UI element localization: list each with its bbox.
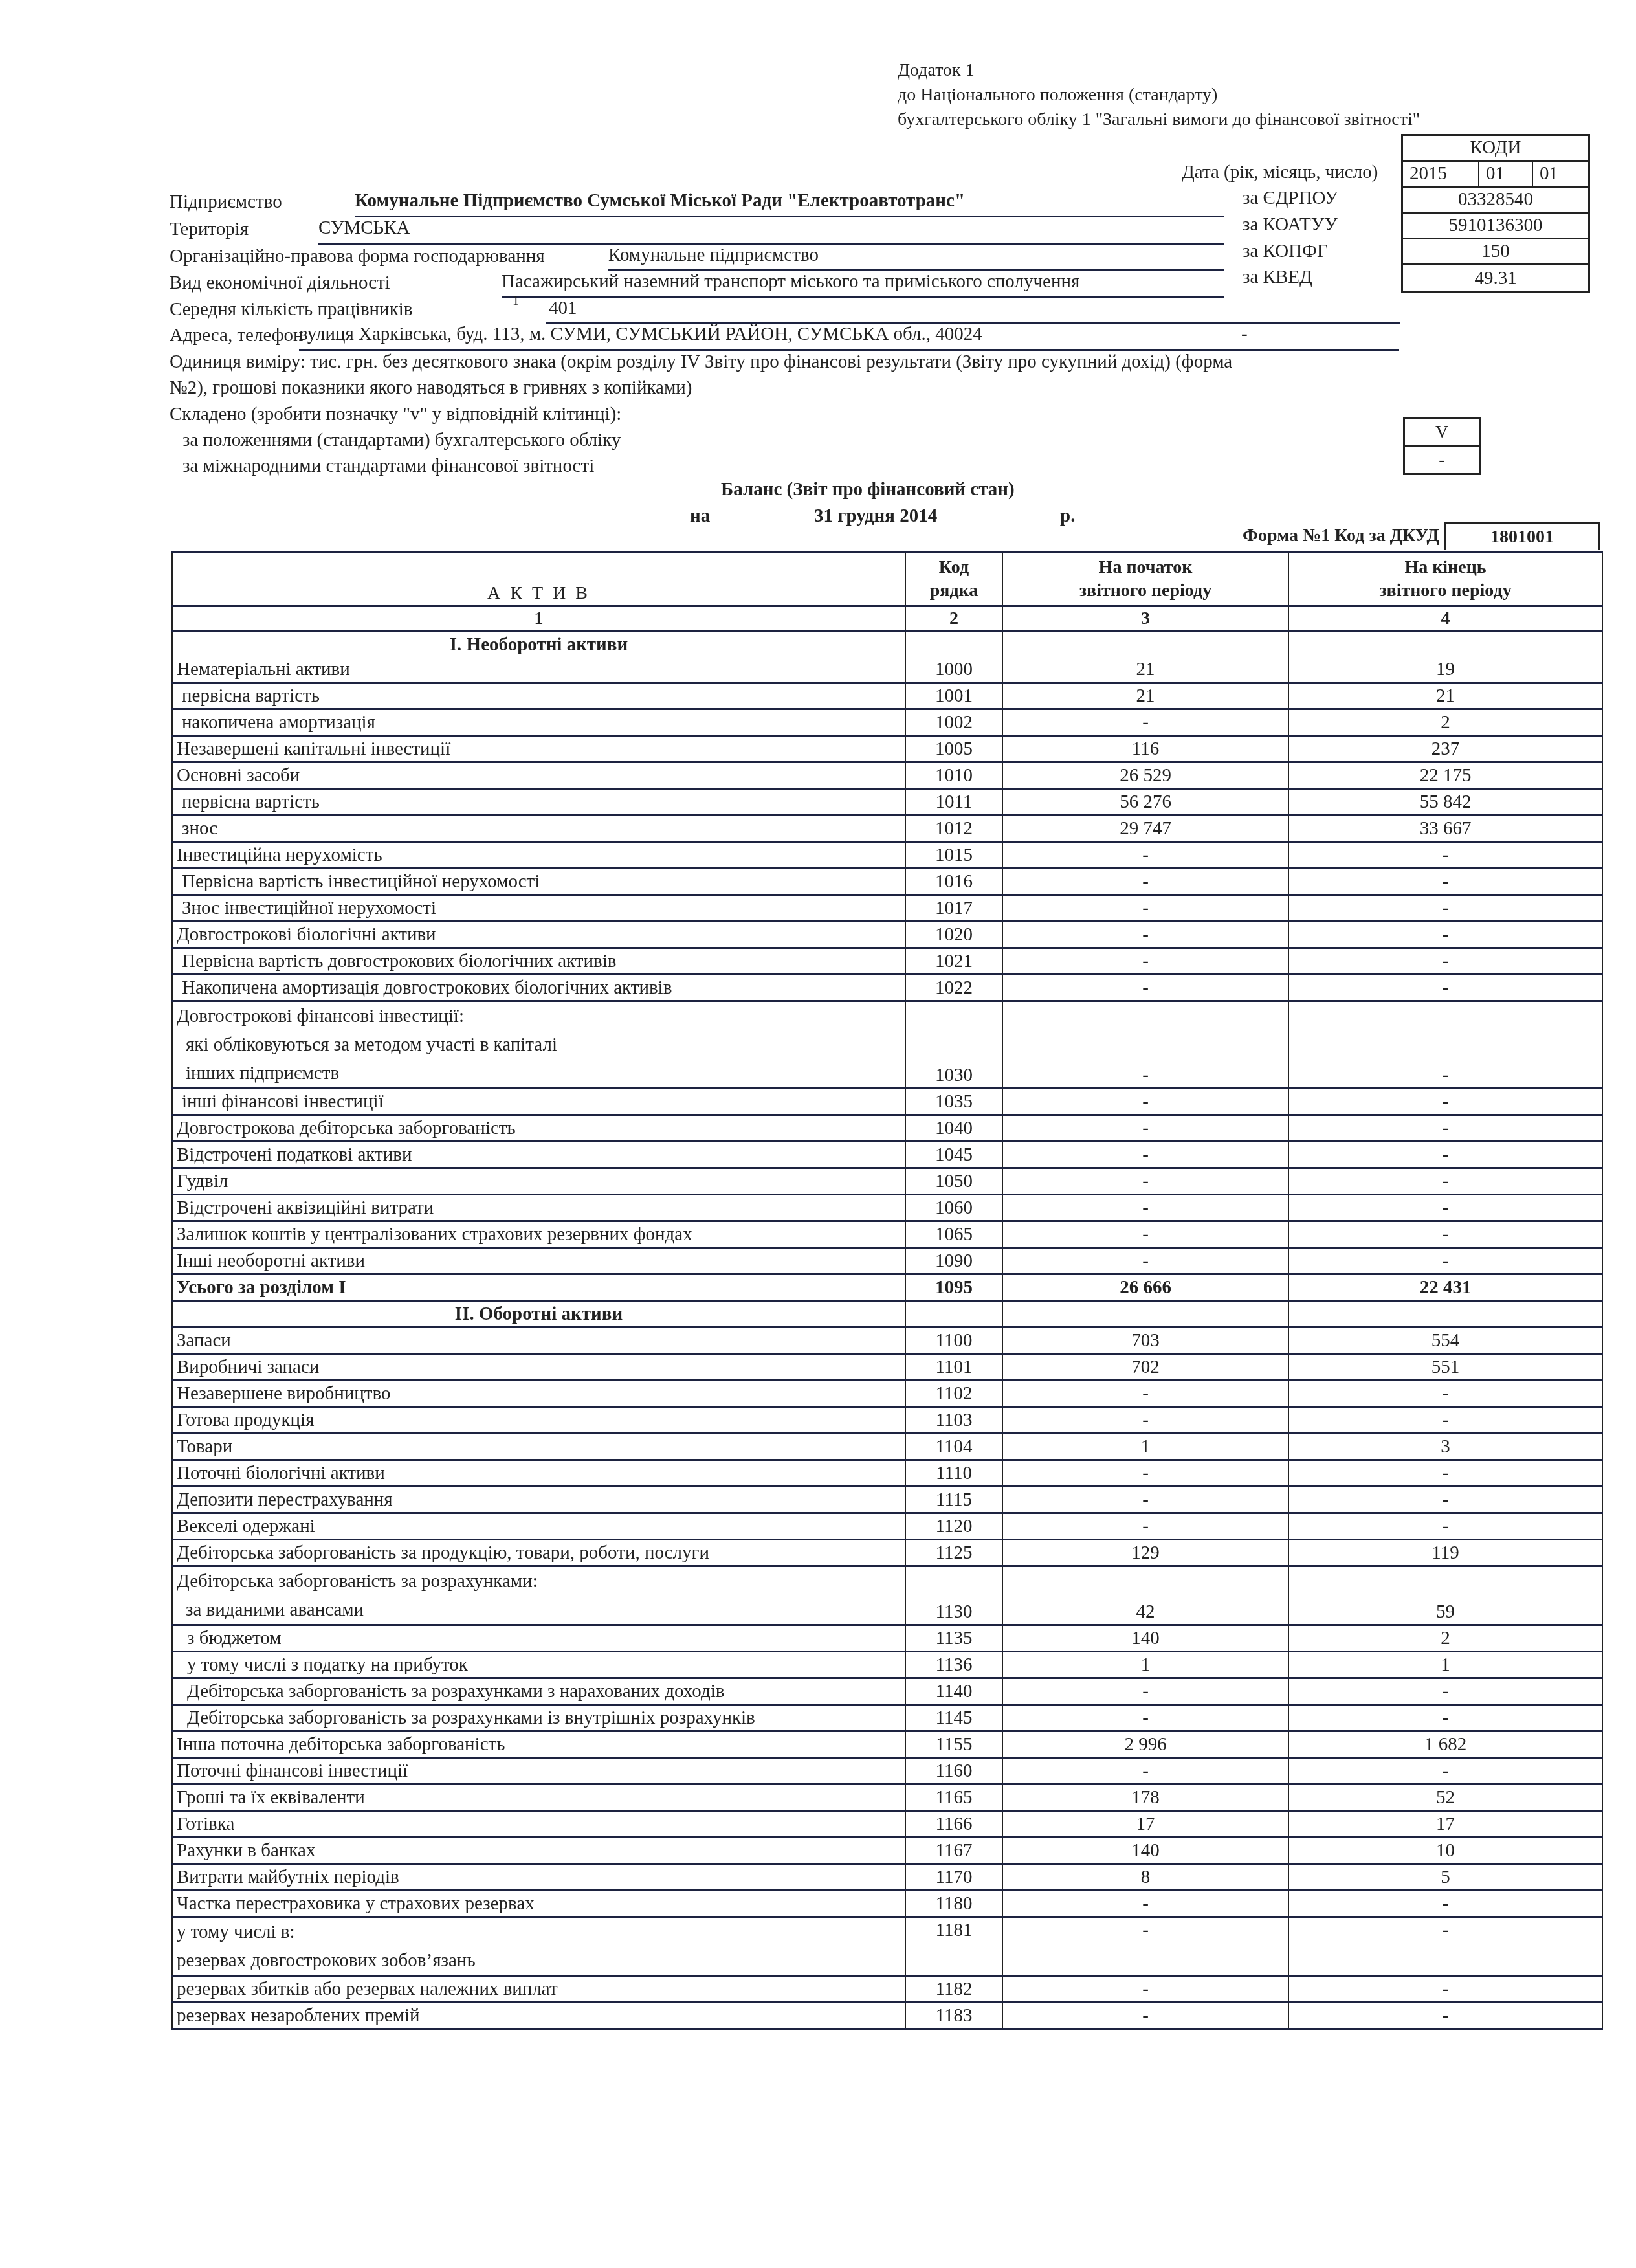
row-code: 1001 — [905, 683, 1002, 709]
section-1-heading: I. Необоротні активи — [172, 632, 1602, 658]
row-label: Накопичена амортизація довгострокових бі… — [172, 975, 905, 1001]
col-number-4: 4 — [1288, 606, 1602, 632]
row-label: Знос інвестиційної нерухомості — [172, 895, 905, 922]
row-start-value: 703 — [1002, 1328, 1288, 1354]
edrpou-label: за ЄДРПОУ — [1243, 188, 1338, 209]
row-label: первісна вартість — [172, 789, 905, 816]
row-end-value: - — [1288, 1248, 1602, 1274]
table-row: Виробничі запаси1101702551 — [172, 1354, 1602, 1381]
row-end-value: 2 — [1288, 1625, 1602, 1652]
row-code: 1102 — [905, 1381, 1002, 1407]
row-start-value: - — [1002, 1001, 1288, 1089]
date-year: 2015 — [1403, 162, 1479, 186]
row-end-value: 5 — [1288, 1864, 1602, 1891]
table-row: Інвестиційна нерухомість1015-- — [172, 842, 1602, 869]
row-end-value: - — [1288, 1705, 1602, 1731]
row-start-value: - — [1002, 948, 1288, 975]
units-line2: №2), грошові показники якого наводяться … — [170, 377, 692, 399]
row-label: Векселі одержані — [172, 1513, 905, 1540]
table-row: резервах збитків або резервах належних в… — [172, 1976, 1602, 2003]
table-row: Первісна вартість довгострокових біологі… — [172, 948, 1602, 975]
row-code: 1120 — [905, 1513, 1002, 1540]
row-start-value: - — [1002, 2003, 1288, 2029]
units-line1: Одиниця виміру: тис. грн. без десятковог… — [170, 351, 1232, 373]
table-row: резервах незароблених премій1183-- — [172, 2003, 1602, 2029]
row-label: Інша поточна дебіторська заборгованість — [172, 1731, 905, 1758]
table-row: Частка перестраховика у страхових резерв… — [172, 1891, 1602, 1917]
empty-cell — [1002, 632, 1288, 658]
row-start-value: - — [1002, 895, 1288, 922]
form-code-label: Форма №1 Код за ДКУД — [1243, 526, 1439, 546]
date-month: 01 — [1479, 162, 1533, 186]
row-code: 1100 — [905, 1328, 1002, 1354]
row-start-value: 1 — [1002, 1434, 1288, 1460]
table-row: Відстрочені податкові активи1045-- — [172, 1142, 1602, 1168]
table-row: Накопичена амортизація довгострокових бі… — [172, 975, 1602, 1001]
enterprise-name: Комунальне Підприємство Сумської Міської… — [355, 190, 965, 212]
compiled-label: Складено (зробити позначку "v" у відпові… — [170, 404, 621, 425]
row-code: 1010 — [905, 762, 1002, 789]
col-number-3: 3 — [1002, 606, 1288, 632]
row-start-value: 129 — [1002, 1540, 1288, 1566]
table-row: Поточні фінансові інвестиції1160-- — [172, 1758, 1602, 1784]
table-row: з бюджетом11351402 — [172, 1625, 1602, 1652]
header-assets: А К Т И В — [172, 553, 905, 606]
row-start-value: 42 — [1002, 1566, 1288, 1625]
row-label: Дебіторська заборгованість за розрахунка… — [172, 1678, 905, 1705]
row-end-value: - — [1288, 975, 1602, 1001]
row-label: Готівка — [172, 1811, 905, 1838]
row-end-value: - — [1288, 1089, 1602, 1115]
row-start-value: 21 — [1002, 683, 1288, 709]
row-end-value: 22 175 — [1288, 762, 1602, 789]
row-code: 1065 — [905, 1221, 1002, 1248]
row-end-value: 52 — [1288, 1784, 1602, 1811]
table-row: Депозити перестрахування1115-- — [172, 1487, 1602, 1513]
section-2-heading: II. Оборотні активи — [172, 1301, 1602, 1328]
row-label: Відстрочені податкові активи — [172, 1142, 905, 1168]
report-date: 31 грудня 2014 — [814, 506, 937, 527]
row-label: Довгострокові фінансові інвестиції:які о… — [172, 1001, 905, 1089]
row-label: Відстрочені аквізиційні витрати — [172, 1195, 905, 1221]
row-end-value: 33 667 — [1288, 816, 1602, 842]
activity-underline — [502, 296, 1224, 298]
row-label: Основні засоби — [172, 762, 905, 789]
territory-label: Територія — [170, 219, 249, 240]
row-code: 1040 — [905, 1115, 1002, 1142]
row-start-value: - — [1002, 1381, 1288, 1407]
row-code: 1022 — [905, 975, 1002, 1001]
row-end-value: 551 — [1288, 1354, 1602, 1381]
row-end-value: - — [1288, 1513, 1602, 1540]
row-code: 1135 — [905, 1625, 1002, 1652]
row-code: 1136 — [905, 1652, 1002, 1678]
row-start-value: 178 — [1002, 1784, 1288, 1811]
row-code: 1145 — [905, 1705, 1002, 1731]
table-row: Основні засоби101026 52922 175 — [172, 762, 1602, 789]
row-start-value: - — [1002, 1513, 1288, 1540]
row-label-line: які обліковуються за методом участі в ка… — [177, 1030, 901, 1059]
row-label: Поточні біологічні активи — [172, 1460, 905, 1487]
row-start-value: - — [1002, 709, 1288, 736]
row-label-line: інших підприємств — [177, 1059, 901, 1087]
kopfg-label: за КОПФГ — [1243, 241, 1328, 262]
row-start-value: - — [1002, 1195, 1288, 1221]
row-code: 1165 — [905, 1784, 1002, 1811]
addendum-note: Додаток 1 до Національного положення (ст… — [898, 58, 1420, 132]
row-end-value: 237 — [1288, 736, 1602, 762]
row-start-value: 26 666 — [1002, 1274, 1288, 1301]
row-code: 1180 — [905, 1891, 1002, 1917]
table-row: Незавершене виробництво1102-- — [172, 1381, 1602, 1407]
employees-label: Середня кількість працівників — [170, 299, 412, 320]
table-row: Незавершені капітальні інвестиції1005116… — [172, 736, 1602, 762]
row-label: Інші необоротні активи — [172, 1248, 905, 1274]
row-code: 1050 — [905, 1168, 1002, 1195]
row-label-line: резервах довгострокових зобов’язань — [177, 1946, 901, 1975]
table-row: Довгострокові фінансові інвестиції:які о… — [172, 1001, 1602, 1089]
row-code: 1130 — [905, 1566, 1002, 1625]
row-label: Дебіторська заборгованість за розрахунка… — [172, 1705, 905, 1731]
row-end-value: 3 — [1288, 1434, 1602, 1460]
compiled-option1-checkbox[interactable]: V — [1405, 419, 1479, 447]
row-label: Первісна вартість інвестиційної нерухомо… — [172, 869, 905, 895]
row-label: Гудвіл — [172, 1168, 905, 1195]
legal-form-value: Комунальне підприємство — [608, 245, 819, 266]
row-code: 1140 — [905, 1678, 1002, 1705]
row-code: 1021 — [905, 948, 1002, 975]
row-label: Готова продукція — [172, 1407, 905, 1434]
table-row: Знос інвестиційної нерухомості1017-- — [172, 895, 1602, 922]
row-end-value: 10 — [1288, 1838, 1602, 1864]
row-label-line: Довгострокові фінансові інвестиції: — [177, 1002, 901, 1030]
date-day: 01 — [1533, 162, 1588, 186]
row-start-value: - — [1002, 1248, 1288, 1274]
row-end-value: - — [1288, 1917, 1602, 1976]
row-end-value: - — [1288, 1678, 1602, 1705]
row-label: Депозити перестрахування — [172, 1487, 905, 1513]
row-label: Довгострокова дебіторська заборгованість — [172, 1115, 905, 1142]
row-end-value: 2 — [1288, 709, 1602, 736]
row-end-value: - — [1288, 1407, 1602, 1434]
table-row: первісна вартість101156 27655 842 — [172, 789, 1602, 816]
row-code: 1110 — [905, 1460, 1002, 1487]
row-code: 1000 — [905, 657, 1002, 683]
row-start-value: - — [1002, 1168, 1288, 1195]
table-row: Залишок коштів у централізованих страхов… — [172, 1221, 1602, 1248]
row-label: первісна вартість — [172, 683, 905, 709]
table-row: Первісна вартість інвестиційної нерухомо… — [172, 869, 1602, 895]
report-title: Баланс (Звіт про фінансовий стан) — [721, 479, 1015, 500]
empty-cell — [1288, 632, 1602, 658]
row-end-value: - — [1288, 1001, 1602, 1089]
row-end-value: - — [1288, 1142, 1602, 1168]
row-end-value: 21 — [1288, 683, 1602, 709]
balance-rows: I. Необоротні активиНематеріальні активи… — [172, 632, 1602, 2029]
row-label: Поточні фінансові інвестиції — [172, 1758, 905, 1784]
header-end-line2: звітного періоду — [1293, 579, 1598, 603]
col-number-1: 1 — [172, 606, 905, 632]
row-label: Запаси — [172, 1328, 905, 1354]
row-end-value: 22 431 — [1288, 1274, 1602, 1301]
row-code: 1170 — [905, 1864, 1002, 1891]
row-code: 1060 — [905, 1195, 1002, 1221]
header-code-line1: Код — [910, 556, 998, 579]
row-code: 1035 — [905, 1089, 1002, 1115]
row-code: 1103 — [905, 1407, 1002, 1434]
table-row: Інші необоротні активи1090-- — [172, 1248, 1602, 1274]
row-end-value: - — [1288, 869, 1602, 895]
row-label: Нематеріальні активи — [172, 657, 905, 683]
report-year-suffix: р. — [1060, 506, 1075, 527]
row-end-value: - — [1288, 948, 1602, 975]
row-end-value: - — [1288, 1221, 1602, 1248]
table-row: Усього за розділом I109526 66622 431 — [172, 1274, 1602, 1301]
table-row: Поточні біологічні активи1110-- — [172, 1460, 1602, 1487]
row-label: резервах збитків або резервах належних в… — [172, 1976, 905, 2003]
row-code: 1016 — [905, 869, 1002, 895]
table-row: Рахунки в банках116714010 — [172, 1838, 1602, 1864]
row-code: 1020 — [905, 922, 1002, 948]
row-start-value: - — [1002, 842, 1288, 869]
row-end-value: 55 842 — [1288, 789, 1602, 816]
row-code: 1155 — [905, 1731, 1002, 1758]
row-start-value: 8 — [1002, 1864, 1288, 1891]
compiled-option2-checkbox[interactable]: - — [1405, 447, 1479, 473]
row-label: резервах незароблених премій — [172, 2003, 905, 2029]
row-label: накопичена амортизація — [172, 709, 905, 736]
table-row: інші фінансові інвестиції1035-- — [172, 1089, 1602, 1115]
empty-cell — [905, 1301, 1002, 1328]
table-row: Дебіторська заборгованість за продукцію,… — [172, 1540, 1602, 1566]
row-end-value: - — [1288, 842, 1602, 869]
row-label: Довгострокові біологічні активи — [172, 922, 905, 948]
row-start-value: 56 276 — [1002, 789, 1288, 816]
row-code: 1045 — [905, 1142, 1002, 1168]
row-start-value: 140 — [1002, 1625, 1288, 1652]
row-label-line: у тому числі в: — [177, 1918, 901, 1946]
row-end-value: 1 682 — [1288, 1731, 1602, 1758]
row-start-value: - — [1002, 1407, 1288, 1434]
balance-sheet-table: А К Т И В Код рядка На початок звітного … — [171, 551, 1603, 2030]
row-start-value: - — [1002, 1089, 1288, 1115]
row-end-value: - — [1288, 1168, 1602, 1195]
header-start-line1: На початок — [1007, 556, 1284, 579]
phone-value: - — [1241, 324, 1248, 345]
employees-value: 401 — [549, 298, 577, 319]
row-start-value: - — [1002, 1705, 1288, 1731]
col-number-2: 2 — [905, 606, 1002, 632]
row-end-value: - — [1288, 1460, 1602, 1487]
address-label: Адреса, телефон — [170, 325, 303, 346]
row-code: 1125 — [905, 1540, 1002, 1566]
row-start-value: - — [1002, 1678, 1288, 1705]
empty-cell — [905, 632, 1002, 658]
row-code: 1182 — [905, 1976, 1002, 2003]
codes-box: КОДИ 2015 01 01 03328540 5910136300 150 … — [1401, 134, 1590, 293]
row-end-value: - — [1288, 1758, 1602, 1784]
table-row: знос101229 74733 667 — [172, 816, 1602, 842]
row-start-value: - — [1002, 1487, 1288, 1513]
enterprise-label: Підприємство — [170, 192, 282, 213]
table-row: Дебіторська заборгованість за розрахунка… — [172, 1566, 1602, 1625]
table-row: Відстрочені аквізиційні витрати1060-- — [172, 1195, 1602, 1221]
legal-form-label: Організаційно-правова форма господарюван… — [170, 246, 545, 267]
kved-value: 49.31 — [1403, 265, 1588, 291]
table-row: у тому числі в:резервах довгострокових з… — [172, 1917, 1602, 1976]
report-on-label: на — [690, 506, 710, 527]
row-label: Витрати майбутніх періодів — [172, 1864, 905, 1891]
table-row: первісна вартість10012121 — [172, 683, 1602, 709]
row-start-value: 1 — [1002, 1652, 1288, 1678]
row-code: 1090 — [905, 1248, 1002, 1274]
row-code: 1017 — [905, 895, 1002, 922]
row-label-line: Дебіторська заборгованість за розрахунка… — [177, 1567, 901, 1595]
edrpou-value: 03328540 — [1403, 188, 1588, 214]
row-code: 1167 — [905, 1838, 1002, 1864]
row-end-value: 19 — [1288, 657, 1602, 683]
row-label: з бюджетом — [172, 1625, 905, 1652]
row-start-value: - — [1002, 1976, 1288, 2003]
address-value: вулиця Харківська, буд. 113, м. СУМИ, СУ… — [299, 324, 982, 345]
row-end-value: - — [1288, 1891, 1602, 1917]
empty-cell — [1002, 1301, 1288, 1328]
table-row: Дебіторська заборгованість за розрахунка… — [172, 1705, 1602, 1731]
table-row: Довгострокова дебіторська заборгованість… — [172, 1115, 1602, 1142]
activity-value: Пасажирський наземний транспорт міського… — [502, 271, 1079, 293]
row-end-value: - — [1288, 1195, 1602, 1221]
table-row: Витрати майбутніх періодів117085 — [172, 1864, 1602, 1891]
row-code: 1115 — [905, 1487, 1002, 1513]
row-label: Усього за розділом I — [172, 1274, 905, 1301]
compiled-option1-label: за положеннями (стандартами) бухгалтерсь… — [182, 430, 621, 451]
activity-label: Вид економічної діяльності — [170, 272, 390, 294]
address-underline — [299, 349, 1399, 351]
row-start-value: - — [1002, 1142, 1288, 1168]
territory-value: СУМСЬКА — [318, 217, 410, 239]
row-label: Рахунки в банках — [172, 1838, 905, 1864]
row-label: Дебіторська заборгованість за розрахунка… — [172, 1566, 905, 1625]
row-end-value: 17 — [1288, 1811, 1602, 1838]
row-label: у тому числі з податку на прибуток — [172, 1652, 905, 1678]
row-start-value: - — [1002, 1221, 1288, 1248]
table-header-row: А К Т И В Код рядка На початок звітного … — [172, 553, 1602, 606]
row-start-value: - — [1002, 975, 1288, 1001]
kved-label: за КВЕД — [1243, 267, 1312, 288]
row-end-value: - — [1288, 2003, 1602, 2029]
row-end-value: 554 — [1288, 1328, 1602, 1354]
table-row: Гроші та їх еквіваленти116517852 — [172, 1784, 1602, 1811]
row-label: Інвестиційна нерухомість — [172, 842, 905, 869]
form-code-box: 1801001 — [1444, 522, 1600, 550]
table-row: Запаси1100703554 — [172, 1328, 1602, 1354]
row-code: 1183 — [905, 2003, 1002, 2029]
row-label: Первісна вартість довгострокових біологі… — [172, 948, 905, 975]
row-start-value: 21 — [1002, 657, 1288, 683]
row-code: 1166 — [905, 1811, 1002, 1838]
row-code: 1005 — [905, 736, 1002, 762]
row-start-value: 140 — [1002, 1838, 1288, 1864]
addendum-line1: Додаток 1 — [898, 58, 1420, 83]
row-start-value: - — [1002, 1460, 1288, 1487]
row-end-value: - — [1288, 1976, 1602, 2003]
row-start-value: 17 — [1002, 1811, 1288, 1838]
row-label: знос — [172, 816, 905, 842]
kopfg-value: 150 — [1403, 239, 1588, 265]
addendum-line2: до Національного положення (стандарту) — [898, 83, 1420, 107]
row-code: 1160 — [905, 1758, 1002, 1784]
row-code: 1030 — [905, 1001, 1002, 1089]
row-start-value: 26 529 — [1002, 762, 1288, 789]
empty-cell — [1288, 1301, 1602, 1328]
table-row: Готівка11661717 — [172, 1811, 1602, 1838]
row-label: Дебіторська заборгованість за продукцію,… — [172, 1540, 905, 1566]
row-start-value: - — [1002, 869, 1288, 895]
table-row: Векселі одержані1120-- — [172, 1513, 1602, 1540]
row-label: у тому числі в:резервах довгострокових з… — [172, 1917, 905, 1976]
table-row: Готова продукція1103-- — [172, 1407, 1602, 1434]
table-row: Гудвіл1050-- — [172, 1168, 1602, 1195]
koatuu-label: за КОАТУУ — [1243, 214, 1338, 236]
date-label: Дата (рік, місяць, число) — [1182, 162, 1378, 183]
table-row: Товари110413 — [172, 1434, 1602, 1460]
header-end: На кінець звітного періоду — [1288, 553, 1602, 606]
table-row: Інша поточна дебіторська заборгованість1… — [172, 1731, 1602, 1758]
row-start-value: - — [1002, 1891, 1288, 1917]
row-end-value: - — [1288, 1115, 1602, 1142]
row-start-value: - — [1002, 1917, 1288, 1976]
header-code: Код рядка — [905, 553, 1002, 606]
codes-date-row: 2015 01 01 — [1403, 162, 1588, 188]
row-end-value: 59 — [1288, 1566, 1602, 1625]
header-start: На початок звітного періоду — [1002, 553, 1288, 606]
table-row: Дебіторська заборгованість за розрахунка… — [172, 1678, 1602, 1705]
row-label-line: за виданими авансами — [177, 1595, 901, 1624]
section-1-heading-title: I. Необоротні активи — [172, 632, 905, 658]
table-row: у тому числі з податку на прибуток113611 — [172, 1652, 1602, 1678]
table-row: Нематеріальні активи10002119 — [172, 657, 1602, 683]
row-code: 1095 — [905, 1274, 1002, 1301]
row-label: Товари — [172, 1434, 905, 1460]
compiled-option2-label: за міжнародними стандартами фінансової з… — [182, 456, 594, 477]
header-code-line2: рядка — [910, 579, 998, 603]
employees-footnote: 1 — [513, 294, 519, 309]
compiled-checkboxes: V - — [1403, 417, 1481, 475]
row-code: 1181 — [905, 1917, 1002, 1976]
section-2-heading-title: II. Оборотні активи — [172, 1301, 905, 1328]
row-end-value: - — [1288, 922, 1602, 948]
row-end-value: - — [1288, 895, 1602, 922]
row-end-value: - — [1288, 1381, 1602, 1407]
row-end-value: 119 — [1288, 1540, 1602, 1566]
addendum-line3: бухгалтерського обліку 1 "Загальні вимог… — [898, 107, 1420, 132]
row-end-value: 1 — [1288, 1652, 1602, 1678]
row-label: Виробничі запаси — [172, 1354, 905, 1381]
row-code: 1011 — [905, 789, 1002, 816]
row-label: Гроші та їх еквіваленти — [172, 1784, 905, 1811]
enterprise-underline — [355, 216, 1224, 217]
row-code: 1012 — [905, 816, 1002, 842]
row-start-value: 2 996 — [1002, 1731, 1288, 1758]
row-label: Незавершене виробництво — [172, 1381, 905, 1407]
table-row: накопичена амортизація1002-2 — [172, 709, 1602, 736]
koatuu-value: 5910136300 — [1403, 214, 1588, 239]
row-code: 1101 — [905, 1354, 1002, 1381]
column-numbers-row: 1 2 3 4 — [172, 606, 1602, 632]
row-start-value: 116 — [1002, 736, 1288, 762]
header-end-line1: На кінець — [1293, 556, 1598, 579]
row-code: 1015 — [905, 842, 1002, 869]
